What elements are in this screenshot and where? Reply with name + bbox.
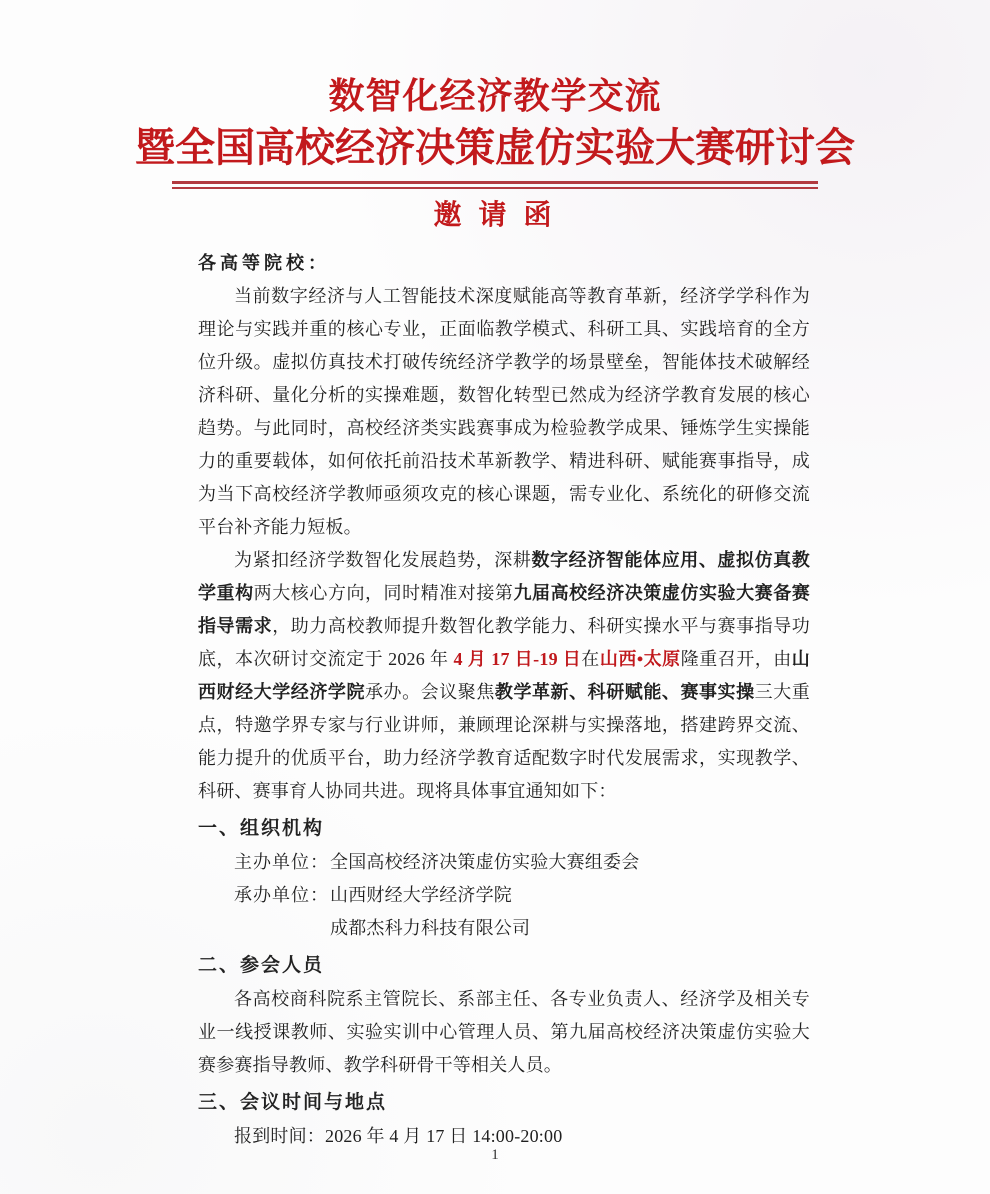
org-label-organizer: 承办单位：: [234, 879, 330, 912]
document-title-line2: 暨全国高校经济决策虚仿实验大赛研讨会: [0, 122, 990, 174]
section-heading-time-place: 三、会议时间与地点: [198, 1085, 810, 1120]
text-run-red-bold: 山西•太原: [600, 649, 681, 669]
org-value-organizer-2: 成都杰科力科技有限公司: [330, 918, 530, 938]
org-value-organizer: 山西财经大学经济学院: [330, 885, 512, 905]
org-value-host: 全国高校经济决策虚仿实验大赛组委会: [330, 852, 639, 872]
org-row-organizer-2: 成都杰科力科技有限公司: [198, 912, 810, 945]
text-run-red-bold: 4 月 17 日-19 日: [454, 649, 582, 669]
document-subtitle: 邀 请 函: [0, 197, 990, 235]
section-heading-attendees: 二、参会人员: [198, 948, 810, 983]
paragraph-2: 为紧扣经济学数智化发展趋势，深耕数字经济智能体应用、虚拟仿真教学重构两大核心方向…: [198, 544, 810, 808]
text-run-bold: 教学革新、科研赋能、赛事实操: [495, 682, 755, 702]
salutation: 各高等院校：: [198, 247, 810, 280]
org-label-host: 主办单位：: [234, 846, 330, 879]
text-run-normal: 承办。会议聚焦: [365, 682, 495, 702]
text-run-normal: 两大核心方向，同时精准对接第: [254, 583, 514, 603]
page-number: 1: [0, 1147, 990, 1164]
org-row-host: 主办单位：全国高校经济决策虚仿实验大赛组委会: [198, 846, 810, 879]
document-title-line1: 数智化经济教学交流: [0, 72, 990, 120]
text-run-normal: 在: [581, 649, 600, 669]
text-run-normal: 隆重召开，由: [681, 649, 792, 669]
org-row-organizer: 承办单位：山西财经大学经济学院: [198, 879, 810, 912]
document-body: 各高等院校： 当前数字经济与人工智能技术深度赋能高等教育革新，经济学学科作为理论…: [198, 247, 810, 1153]
text-run-normal: 为紧扣经济学数智化发展趋势，深耕: [234, 550, 532, 570]
paragraph-1: 当前数字经济与人工智能技术深度赋能高等教育革新，经济学学科作为理论与实践并重的核…: [198, 280, 810, 544]
section-heading-organization: 一、组织机构: [198, 811, 810, 846]
document-header: 数智化经济教学交流 暨全国高校经济决策虚仿实验大赛研讨会 邀 请 函: [0, 72, 990, 235]
attendees-paragraph: 各高校商科院系主管院长、系部主任、各专业负责人、经济学及相关专业一线授课教师、实…: [198, 983, 810, 1082]
title-double-rule: [172, 181, 818, 189]
invitation-document-page: 数智化经济教学交流 暨全国高校经济决策虚仿实验大赛研讨会 邀 请 函 各高等院校…: [0, 0, 990, 1194]
